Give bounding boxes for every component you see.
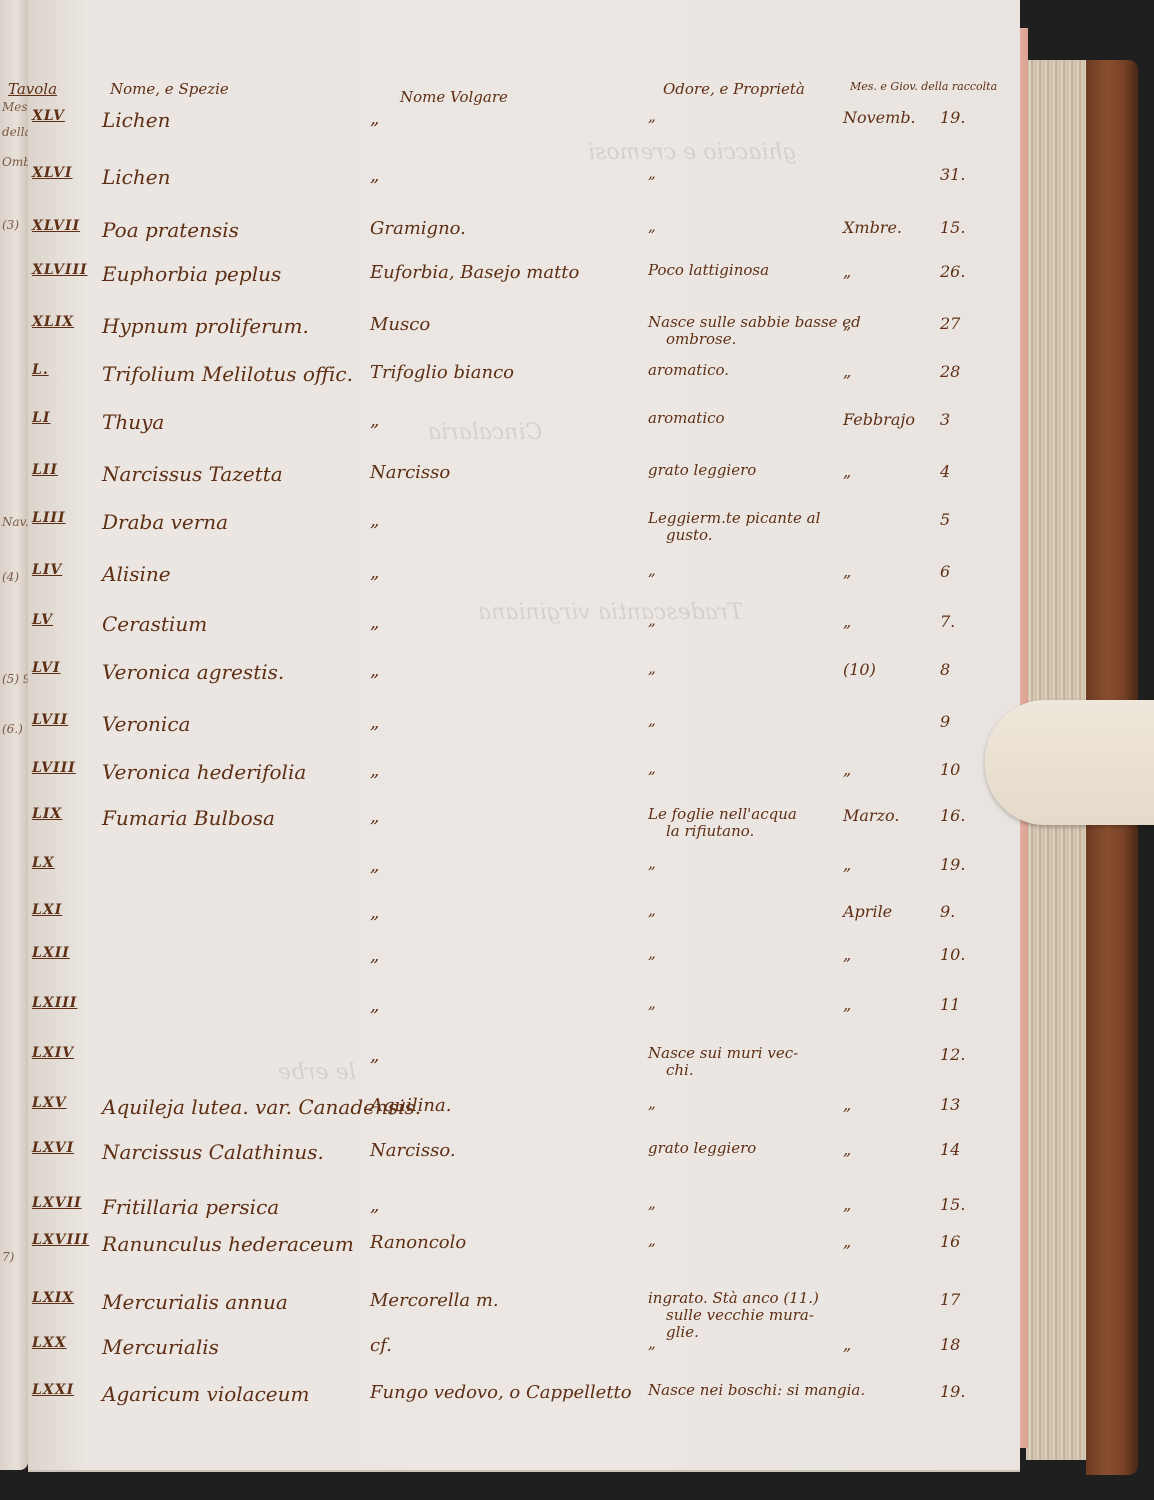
vernacular-name-cell: „ — [370, 760, 379, 781]
odor-line: „ — [648, 1194, 656, 1212]
tavola-cell: XLVI — [32, 165, 102, 181]
species-name-cell: Narcissus Calathinus. — [102, 1140, 324, 1164]
odor-property-cell: „ — [648, 760, 656, 777]
tavola-cell: LXVI — [32, 1140, 102, 1156]
month-cell: „ — [843, 612, 851, 631]
table-row: LVIIIVeronica hederifolia„„10„ — [28, 760, 1020, 800]
month-cell: Xmbre. — [843, 218, 902, 237]
odor-property-cell: „ — [648, 902, 656, 919]
table-row: LVIVeronica agrestis.„(10)8„ — [28, 660, 1020, 700]
species-name-cell: Veronica agrestis. — [102, 660, 284, 684]
odor-line-continued: chi. — [648, 1062, 798, 1079]
month-cell: „ — [843, 995, 851, 1014]
odor-line: „ — [648, 164, 656, 182]
vernacular-name-cell: Mercorella m. — [370, 1290, 499, 1311]
odor-property-cell: ingrato. Stà anco (11.)sulle vecchie mur… — [648, 1290, 819, 1341]
vernacular-name-cell: „ — [370, 108, 379, 129]
day-cell: 31. — [940, 165, 965, 184]
species-name-cell: Ranunculus hederaceum — [102, 1232, 354, 1256]
odor-line: „ — [648, 611, 656, 629]
odor-property-cell: „ — [648, 712, 656, 729]
day-cell: 9. — [940, 902, 955, 921]
tavola-cell: XLVII — [32, 218, 102, 234]
tavola-cell: LI — [32, 410, 102, 426]
vernacular-name-cell: „ — [370, 1045, 379, 1066]
vernacular-name-cell: cf. — [370, 1335, 392, 1356]
day-cell: 11 — [940, 995, 960, 1014]
tavola-cell: L. — [32, 362, 102, 378]
species-name-cell: Poa pratensis — [102, 218, 239, 242]
table-row: LXXIAgaricum violaceumFungo vedovo, o Ca… — [28, 1382, 1020, 1422]
species-name-cell: Mercurialis annua — [102, 1290, 288, 1314]
vernacular-name-cell: Aquilina. — [370, 1095, 451, 1116]
tavola-cell: LIV — [32, 562, 102, 578]
vernacular-name-cell: „ — [370, 562, 379, 583]
odor-property-cell: „ — [648, 1095, 656, 1112]
day-cell: 6 — [940, 562, 950, 581]
odor-property-cell: „ — [648, 995, 656, 1012]
species-name-cell: Euphorbia peplus — [102, 262, 281, 286]
tavola-cell: LXVII — [32, 1195, 102, 1211]
odor-line-continued: gusto. — [648, 527, 820, 544]
header-odore-proprieta: Odore, e Proprietà — [663, 80, 805, 98]
tavola-cell: LXVIII — [32, 1232, 102, 1248]
day-cell: 10. — [940, 945, 965, 964]
day-cell: 27 — [940, 314, 960, 333]
odor-line: Nasce sulle sabbie basse ed — [648, 313, 861, 331]
species-name-cell: Veronica hederifolia — [102, 760, 306, 784]
tavola-cell: LXII — [32, 945, 102, 961]
vernacular-name-cell: „ — [370, 660, 379, 681]
vernacular-name-cell: „ — [370, 1195, 379, 1216]
odor-property-cell: Nasce sulle sabbie basse edombrose. — [648, 314, 861, 348]
vernacular-name-cell: Fungo vedovo, o Cappelletto — [370, 1382, 632, 1403]
day-cell: 5 — [940, 510, 950, 529]
odor-property-cell: grato leggiero — [648, 1140, 756, 1157]
odor-property-cell: aromatico. — [648, 362, 729, 379]
table-row: LXXMercurialiscf.„18„ — [28, 1335, 1020, 1375]
tavola-cell: LIII — [32, 510, 102, 526]
odor-property-cell: „ — [648, 1335, 656, 1352]
tavola-cell: LII — [32, 462, 102, 478]
day-cell: 12. — [940, 1045, 965, 1064]
table-row: L.Trifolium Melilotus offic.Trifoglio bi… — [28, 362, 1020, 402]
month-cell: „ — [843, 1140, 851, 1159]
margin-note: (3) — [2, 218, 19, 232]
day-cell: 28 — [940, 362, 960, 381]
odor-line: Poco lattiginosa — [648, 261, 769, 279]
table-row: LVIIVeronica„9„ — [28, 712, 1020, 752]
species-name-cell: Mercurialis — [102, 1335, 219, 1359]
species-name-cell: Hypnum proliferum. — [102, 314, 309, 338]
odor-line-continued: ombrose. — [648, 331, 861, 348]
tavola-cell: LV — [32, 612, 102, 628]
tavola-cell: LXV — [32, 1095, 102, 1111]
tavola-cell: LVIII — [32, 760, 102, 776]
day-cell: 16 — [940, 1232, 960, 1251]
month-cell: (10) — [843, 660, 876, 679]
margin-note: (6.) — [2, 722, 23, 736]
tavola-cell: XLV — [32, 108, 102, 124]
odor-line: „ — [648, 759, 656, 777]
table-row: XLVIIIEuphorbia peplusEuforbia, Basejo m… — [28, 262, 1020, 302]
month-cell: Aprile — [843, 902, 892, 921]
vernacular-name-cell: „ — [370, 806, 379, 827]
table-row: LIXFumaria Bulbosa„Marzo.16.Le foglie ne… — [28, 806, 1020, 846]
tavola-cell: LXXI — [32, 1382, 102, 1398]
tavola-cell: LX — [32, 855, 102, 871]
table-row: LX„„19.„ — [28, 855, 1020, 895]
species-name-cell: Veronica — [102, 712, 190, 736]
month-cell: „ — [843, 362, 851, 381]
day-cell: 10 — [940, 760, 960, 779]
table-row: LXIV„12.Nasce sui muri vec-chi. — [28, 1045, 1020, 1085]
odor-property-cell: Poco lattiginosa — [648, 262, 769, 279]
odor-property-cell: „ — [648, 218, 656, 235]
month-cell: „ — [843, 262, 851, 281]
day-cell: 18 — [940, 1335, 960, 1354]
odor-property-cell: grato leggiero — [648, 462, 756, 479]
species-name-cell: Narcissus Tazetta — [102, 462, 283, 486]
facing-page-edge: Mes. della Omb. (3) Nav. (4) (5) 9.) (6.… — [0, 0, 28, 1470]
day-cell: 19. — [940, 1382, 965, 1401]
odor-line: aromatico. — [648, 361, 729, 379]
odor-line: „ — [648, 107, 656, 125]
month-cell: „ — [843, 760, 851, 779]
odor-line: „ — [648, 561, 656, 579]
day-cell: 15. — [940, 218, 965, 237]
month-cell: Febbrajo — [843, 410, 915, 429]
odor-line: aromatico — [648, 409, 725, 427]
odor-property-cell: „ — [648, 108, 656, 125]
odor-line: Leggierm.te picante al — [648, 509, 820, 527]
day-cell: 19. — [940, 855, 965, 874]
species-name-cell: Cerastium — [102, 612, 207, 636]
vernacular-name-cell: „ — [370, 995, 379, 1016]
odor-line: „ — [648, 1094, 656, 1112]
species-name-cell: Lichen — [102, 165, 170, 189]
odor-line: grato leggiero — [648, 461, 756, 479]
vernacular-name-cell: Euforbia, Basejo matto — [370, 262, 579, 283]
odor-line: „ — [648, 854, 656, 872]
odor-line: „ — [648, 711, 656, 729]
odor-property-cell: „ — [648, 562, 656, 579]
species-name-cell: Agaricum violaceum — [102, 1382, 309, 1406]
odor-line-continued: la rifiutano. — [648, 823, 797, 840]
day-cell: 15. — [940, 1195, 965, 1214]
header-nome-specie: Nome, e Spezie — [110, 80, 229, 98]
margin-note: 7) — [2, 1250, 14, 1264]
table-row: LXVINarcissus Calathinus.Narcisso.„14gra… — [28, 1140, 1020, 1180]
table-row: LIVAlisine„„6„ — [28, 562, 1020, 602]
day-cell: 26. — [940, 262, 965, 281]
vernacular-name-cell: „ — [370, 612, 379, 633]
odor-property-cell: „ — [648, 660, 656, 677]
day-cell: 14 — [940, 1140, 960, 1159]
odor-property-cell: „ — [648, 165, 656, 182]
vernacular-name-cell: Narcisso. — [370, 1140, 456, 1161]
day-cell: 4 — [940, 462, 950, 481]
odor-line: Le foglie nell'acqua — [648, 805, 797, 823]
odor-line: „ — [648, 659, 656, 677]
table-row: LXIXMercurialis annuaMercorella m.17ingr… — [28, 1290, 1020, 1330]
day-cell: 3 — [940, 410, 950, 429]
vernacular-name-cell: „ — [370, 855, 379, 876]
vernacular-name-cell: Musco — [370, 314, 430, 335]
table-row: LXIII„„11„ — [28, 995, 1020, 1035]
tavola-cell: LIX — [32, 806, 102, 822]
header-mese-giorno: Mes. e Giov. della raccolta — [850, 80, 1020, 93]
odor-line: Nasce sui muri vec- — [648, 1044, 798, 1062]
odor-line: „ — [648, 217, 656, 235]
table-row: LXI„Aprile9.„ — [28, 902, 1020, 942]
table-row: LXII„„10.„ — [28, 945, 1020, 985]
odor-property-cell: „ — [648, 1232, 656, 1249]
header-nome-volgare: Nome Volgare — [400, 88, 508, 106]
odor-property-cell: „ — [648, 945, 656, 962]
tavola-cell: LVII — [32, 712, 102, 728]
table-row: LXVAquileja lutea. var. Canadensis.Aquil… — [28, 1095, 1020, 1135]
odor-property-cell: aromatico — [648, 410, 725, 427]
header-tavola: Tavola — [8, 80, 57, 98]
species-name-cell: Lichen — [102, 108, 170, 132]
odor-line: „ — [648, 994, 656, 1012]
table-row: XLVILichen„31.„ — [28, 165, 1020, 205]
table-row: XLVIIPoa pratensisGramigno.Xmbre.15.„ — [28, 218, 1020, 258]
month-cell: Marzo. — [843, 806, 899, 825]
odor-property-cell: „ — [648, 1195, 656, 1212]
odor-line: Nasce nei boschi: si mangia. — [648, 1381, 865, 1399]
tavola-cell: LXIII — [32, 995, 102, 1011]
month-cell: „ — [843, 1335, 851, 1354]
vernacular-name-cell: „ — [370, 712, 379, 733]
odor-line: „ — [648, 901, 656, 919]
odor-line: „ — [648, 1231, 656, 1249]
tavola-cell: LXI — [32, 902, 102, 918]
day-cell: 7. — [940, 612, 955, 631]
odor-line: „ — [648, 1334, 656, 1352]
month-cell: „ — [843, 945, 851, 964]
month-cell: „ — [843, 855, 851, 874]
day-cell: 8 — [940, 660, 950, 679]
table-row: LIIIDraba verna„5Leggierm.te picante alg… — [28, 510, 1020, 550]
odor-line: „ — [648, 944, 656, 962]
vernacular-name-cell: „ — [370, 165, 379, 186]
species-name-cell: Fritillaria persica — [102, 1195, 279, 1219]
tavola-cell: XLIX — [32, 314, 102, 330]
odor-line-continued: sulle vecchie mura- — [648, 1307, 819, 1324]
table-row: LIThuya„Febbrajo3aromatico — [28, 410, 1020, 450]
margin-note: (4) — [2, 570, 19, 584]
month-cell: „ — [843, 1095, 851, 1114]
vernacular-name-cell: Ranoncolo — [370, 1232, 466, 1253]
month-cell: „ — [843, 1195, 851, 1214]
manuscript-page: ghiaccio e cremosi Cincalaria Tradescant… — [28, 0, 1020, 1472]
odor-property-cell: „ — [648, 612, 656, 629]
vernacular-name-cell: Narcisso — [370, 462, 450, 483]
table-row: LVCerastium„„7.„ — [28, 612, 1020, 652]
table-row: LXVIIIRanunculus hederaceumRanoncolo„16„ — [28, 1232, 1020, 1272]
month-cell: Novemb. — [843, 108, 916, 127]
day-cell: 19. — [940, 108, 965, 127]
table-row: XLVLichen„Novemb.19.„ — [28, 108, 1020, 148]
bookmark-paper-slip — [985, 700, 1154, 825]
month-cell: „ — [843, 462, 851, 481]
table-row: LXVIIFritillaria persica„„15.„ — [28, 1195, 1020, 1235]
odor-property-cell: Leggierm.te picante algusto. — [648, 510, 820, 544]
tavola-cell: LXX — [32, 1335, 102, 1351]
vernacular-name-cell: Trifoglio bianco — [370, 362, 514, 383]
day-cell: 17 — [940, 1290, 960, 1309]
month-cell: „ — [843, 562, 851, 581]
species-name-cell: Thuya — [102, 410, 164, 434]
vernacular-name-cell: Gramigno. — [370, 218, 466, 239]
day-cell: 13 — [940, 1095, 960, 1114]
odor-property-cell: Nasce sui muri vec-chi. — [648, 1045, 798, 1079]
species-name-cell: Draba verna — [102, 510, 228, 534]
tavola-cell: XLVIII — [32, 262, 102, 278]
odor-line: grato leggiero — [648, 1139, 756, 1157]
species-name-cell: Alisine — [102, 562, 171, 586]
odor-property-cell: Le foglie nell'acquala rifiutano. — [648, 806, 797, 840]
table-row: LIINarcissus TazettaNarcisso„4grato legg… — [28, 462, 1020, 502]
day-cell: 16. — [940, 806, 965, 825]
vernacular-name-cell: „ — [370, 902, 379, 923]
day-cell: 9 — [940, 712, 950, 731]
margin-note: Mes. — [2, 100, 31, 114]
vernacular-name-cell: „ — [370, 410, 379, 431]
odor-property-cell: „ — [648, 855, 656, 872]
tavola-cell: LVI — [32, 660, 102, 676]
table-row: XLIXHypnum proliferum.Musco„27Nasce sull… — [28, 314, 1020, 354]
species-name-cell: Trifolium Melilotus offic. — [102, 362, 353, 386]
vernacular-name-cell: „ — [370, 510, 379, 531]
tavola-cell: LXIX — [32, 1290, 102, 1306]
species-name-cell: Fumaria Bulbosa — [102, 806, 275, 830]
odor-property-cell: Nasce nei boschi: si mangia. — [648, 1382, 865, 1399]
tavola-cell: LXIV — [32, 1045, 102, 1061]
margin-note: Nav. — [2, 515, 29, 529]
odor-line: ingrato. Stà anco (11.) — [648, 1289, 819, 1307]
vernacular-name-cell: „ — [370, 945, 379, 966]
month-cell: „ — [843, 1232, 851, 1251]
